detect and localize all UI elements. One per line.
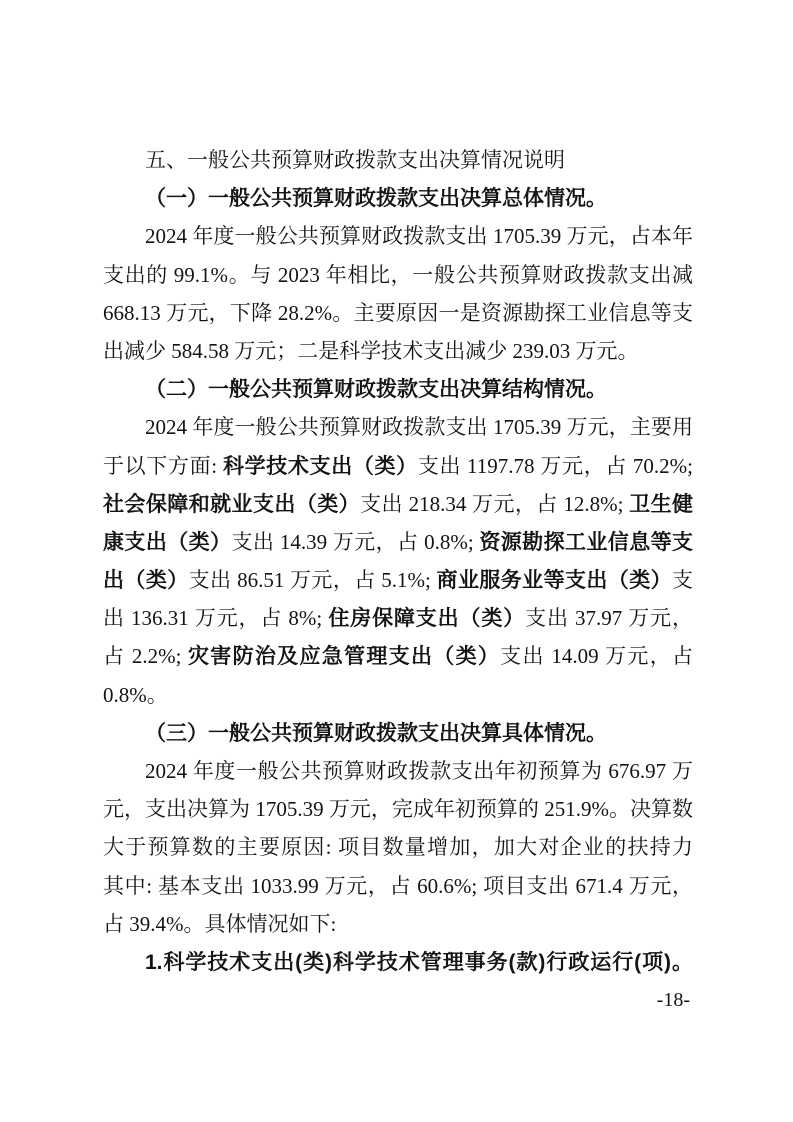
body-line: 出减少 584.58 万元；二是科学技术支出减少 239.03 万元。 <box>103 332 693 370</box>
body-line: 支出的 99.1%。与 2023 年相比，一般公共预算财政拨款支出减少 <box>103 256 693 294</box>
text-run: 支出 1197.78 万元，占 70.2%; <box>418 454 693 478</box>
body-line: 0.8%。 <box>103 676 693 714</box>
subsection-heading: （三）一般公共预算财政拨款支出决算具体情况。 <box>103 714 693 752</box>
bold-text-run: 科学技术支出（类） <box>223 455 418 478</box>
bold-text-run: 康支出（类） <box>103 531 231 554</box>
text-run: 2024 年度一般公共预算财政拨款支出年初预算为 676.97 万 <box>145 759 693 783</box>
page-number: -18- <box>657 988 690 1012</box>
text-run: 2024 年度一般公共预算财政拨款支出 1705.39 万元，主要用 <box>145 415 693 439</box>
subsection-heading: （二）一般公共预算财政拨款支出决算结构情况。 <box>103 370 693 408</box>
text-run: 于以下方面: <box>103 454 223 478</box>
body-line: 大于预算数的主要原因: 项目数量增加，加大对企业的扶持力度。 <box>103 828 693 866</box>
body-line: 出（类）支出 86.51 万元，占 5.1%; 商业服务业等支出（类）支 <box>103 561 693 599</box>
section-heading: 五、一般公共预算财政拨款支出决算情况说明 <box>103 141 693 179</box>
text-run: 支出 14.39 万元，占 0.8%; <box>231 530 479 554</box>
text-run: 支 <box>672 568 693 592</box>
item-heading: 1.科学技术支出(类)科学技术管理事务(款)行政运行(项)。 <box>103 943 693 981</box>
body-line: 2024 年度一般公共预算财政拨款支出 1705.39 万元，主要用 <box>103 408 693 446</box>
text-run: 出 136.31 万元，占 8%; <box>103 606 328 630</box>
body-line: 元，支出决算为 1705.39 万元，完成年初预算的 251.9%。决算数 <box>103 790 693 828</box>
text-run: 五、一般公共预算财政拨款支出决算情况说明 <box>145 148 565 172</box>
bold-text-run: （一）一般公共预算财政拨款支出决算总体情况。 <box>145 187 607 210</box>
bold-text-run: 社会保障和就业支出（类） <box>103 493 360 516</box>
body-line: 社会保障和就业支出（类）支出 218.34 万元，占 12.8%; 卫生健 <box>103 485 693 523</box>
text-run: 支出 37.97 万元， <box>525 606 693 630</box>
bold-text-run: 住房保障支出（类） <box>328 607 525 630</box>
body-line: 于以下方面: 科学技术支出（类）支出 1197.78 万元，占 70.2%; <box>103 447 693 485</box>
text-run: 其中: 基本支出 1033.99 万元，占 60.6%; 项目支出 671.4 … <box>103 874 693 898</box>
bold-text-run: 卫生健 <box>629 493 693 516</box>
bold-text-run: （三）一般公共预算财政拨款支出决算具体情况。 <box>145 722 607 745</box>
text-run: 2024 年度一般公共预算财政拨款支出 1705.39 万元，占本年 <box>145 224 693 248</box>
bold-text-run: 1.科学技术支出(类)科学技术管理事务(款)行政运行(项)。 <box>145 951 693 974</box>
body-line: 占 39.4%。具体情况如下: <box>103 905 693 943</box>
text-run: 出减少 584.58 万元；二是科学技术支出减少 239.03 万元。 <box>103 339 639 363</box>
text-run: 大于预算数的主要原因: 项目数量增加，加大对企业的扶持力度。 <box>103 835 693 866</box>
text-run: 占 39.4%。具体情况如下: <box>103 912 336 936</box>
text-run: 0.8%。 <box>103 683 168 707</box>
text-run: 支出 14.09 万元，占 <box>500 644 693 668</box>
document-body: 五、一般公共预算财政拨款支出决算情况说明（一）一般公共预算财政拨款支出决算总体情… <box>103 141 693 981</box>
bold-text-run: 出（类） <box>103 569 189 592</box>
body-line: 其中: 基本支出 1033.99 万元，占 60.6%; 项目支出 671.4 … <box>103 867 693 905</box>
bold-text-run: 资源勘探工业信息等支 <box>479 531 693 554</box>
text-run: 元，支出决算为 1705.39 万元，完成年初预算的 251.9%。决算数 <box>103 797 693 821</box>
text-run: 支出的 99.1%。与 2023 年相比，一般公共预算财政拨款支出减少 <box>103 263 693 294</box>
document-page: 五、一般公共预算财政拨款支出决算情况说明（一）一般公共预算财政拨款支出决算总体情… <box>0 0 793 1122</box>
text-run: 668.13 万元，下降 28.2%。主要原因一是资源勘探工业信息等支 <box>103 301 693 325</box>
body-line: 2024 年度一般公共预算财政拨款支出 1705.39 万元，占本年 <box>103 217 693 255</box>
body-line: 出 136.31 万元，占 8%; 住房保障支出（类）支出 37.97 万元， <box>103 599 693 637</box>
bold-text-run: 商业服务业等支出（类） <box>437 569 672 592</box>
body-line: 占 2.2%; 灾害防治及应急管理支出（类）支出 14.09 万元，占 <box>103 637 693 675</box>
body-line: 康支出（类）支出 14.39 万元，占 0.8%; 资源勘探工业信息等支 <box>103 523 693 561</box>
body-line: 668.13 万元，下降 28.2%。主要原因一是资源勘探工业信息等支 <box>103 294 693 332</box>
text-run: 占 2.2%; <box>103 644 188 668</box>
subsection-heading: （一）一般公共预算财政拨款支出决算总体情况。 <box>103 179 693 217</box>
bold-text-run: （二）一般公共预算财政拨款支出决算结构情况。 <box>145 378 607 401</box>
text-run: 支出 86.51 万元，占 5.1%; <box>189 568 437 592</box>
bold-text-run: 灾害防治及应急管理支出（类） <box>188 645 500 668</box>
text-run: 支出 218.34 万元，占 12.8%; <box>360 492 629 516</box>
body-line: 2024 年度一般公共预算财政拨款支出年初预算为 676.97 万 <box>103 752 693 790</box>
